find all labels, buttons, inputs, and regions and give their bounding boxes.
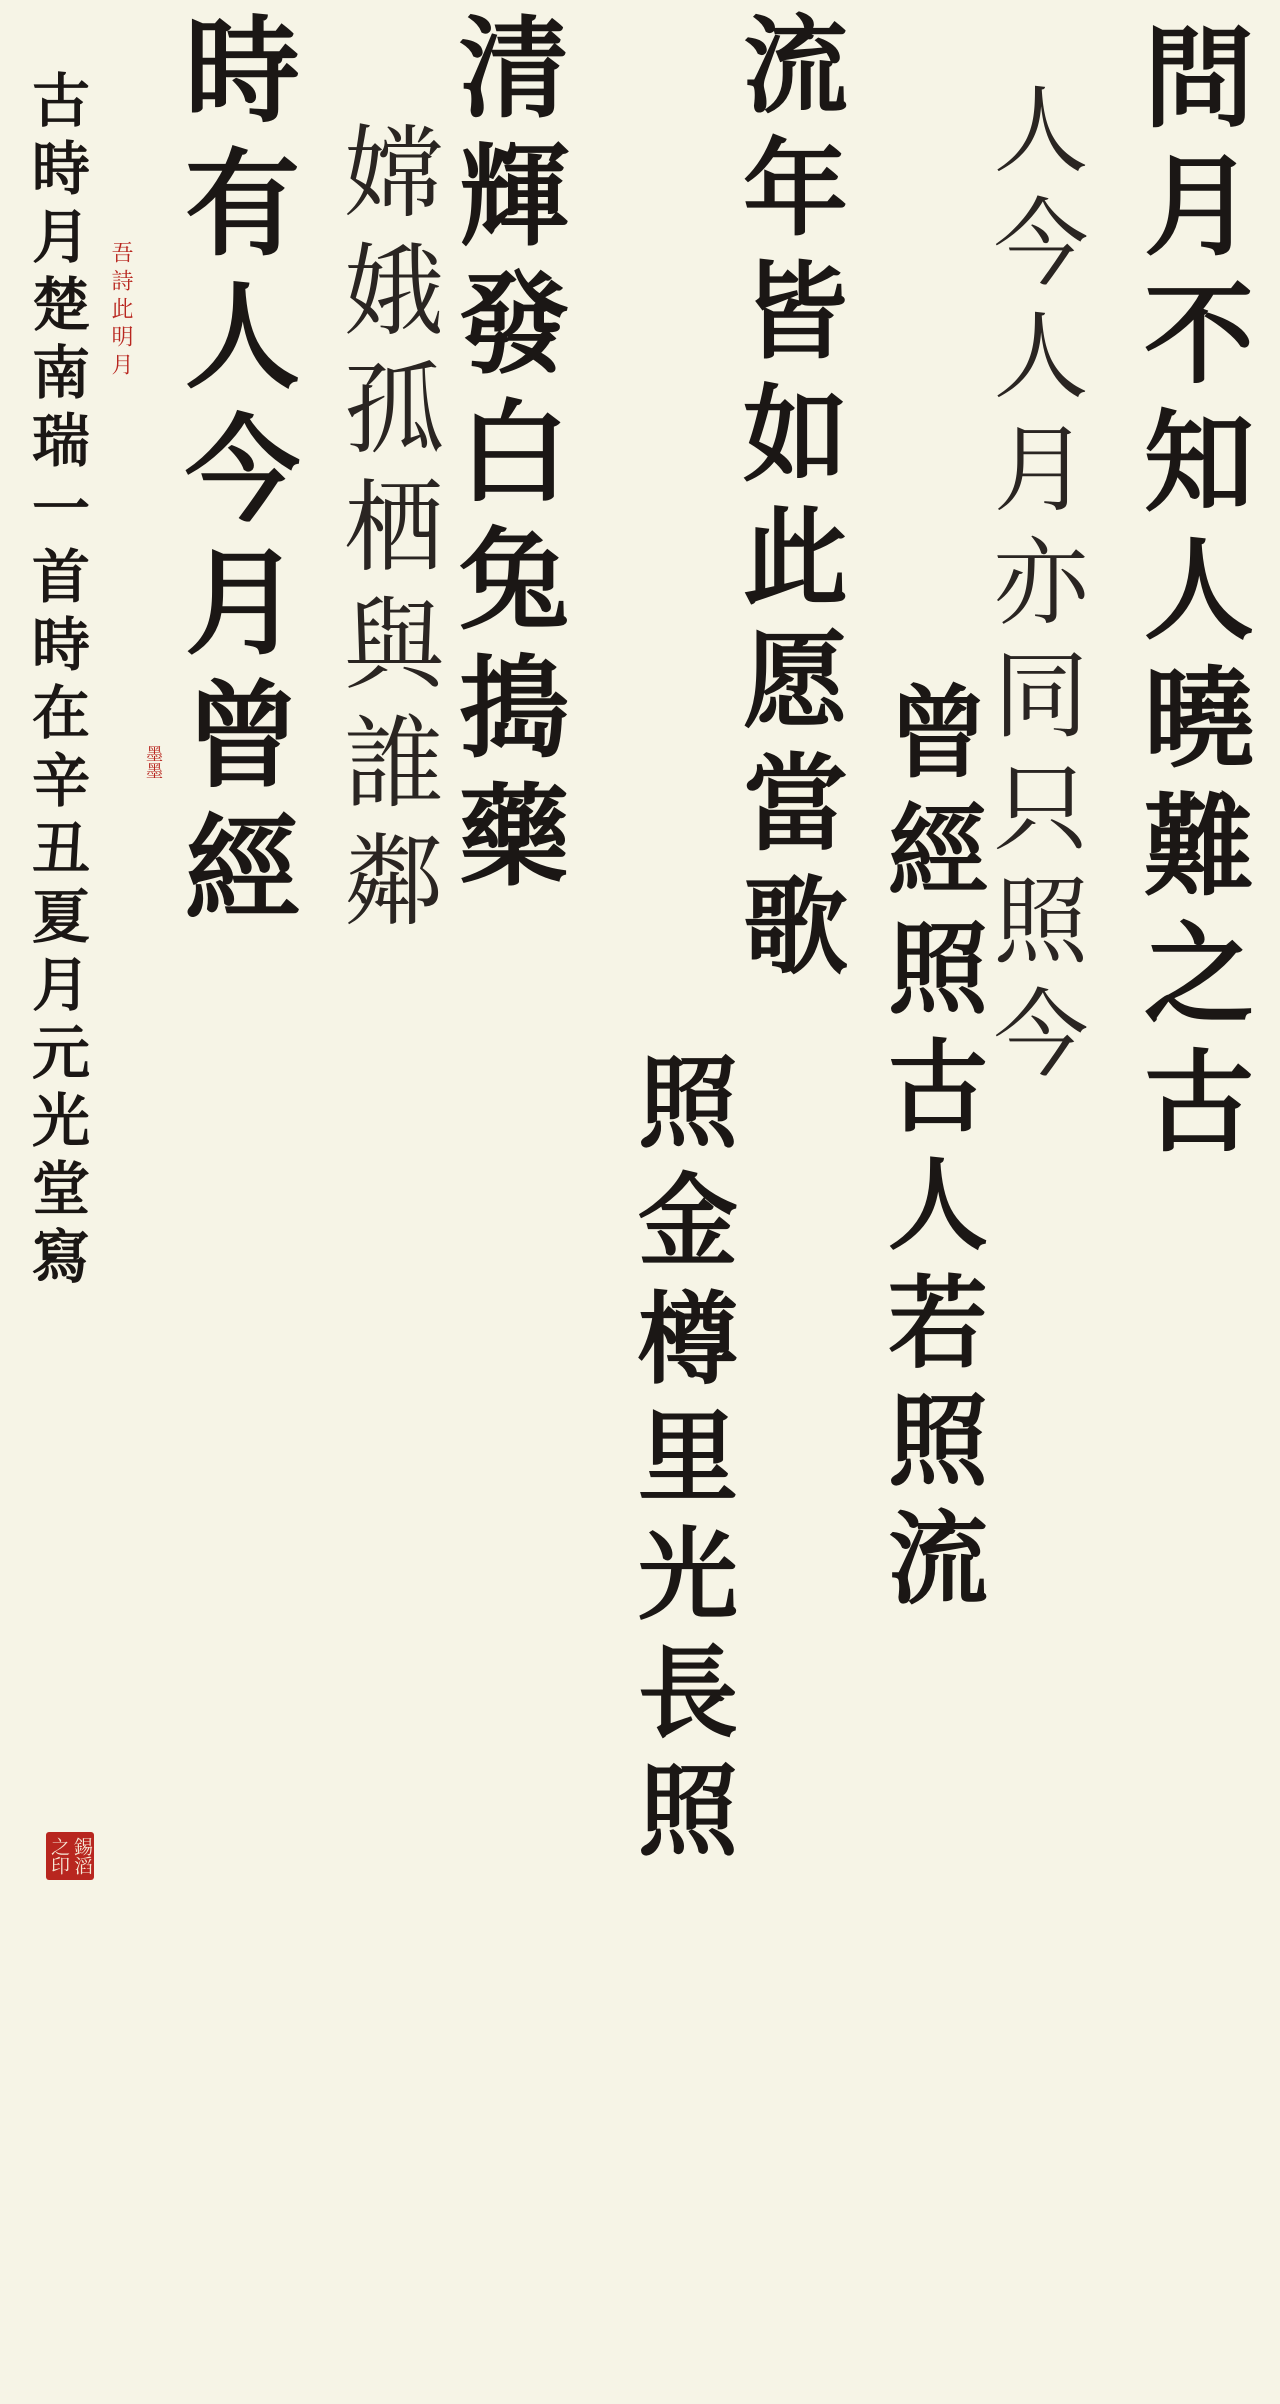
text-column-8: 時有人今月曾經 bbox=[175, 10, 290, 941]
vertical-seal-icon: 吾詩此明月 bbox=[108, 205, 132, 417]
text-column-7: 嫦娥孤栖與誰鄰 bbox=[335, 120, 435, 946]
text-column-4: 流年皆如此愿當歌 bbox=[735, 10, 840, 994]
small-seal-icon: 墨墨 bbox=[122, 745, 162, 787]
calligraphy-scroll: 問月不知人曉難之古 人今人月亦同只照今 曾經照古人若照流 流年皆如此愿當歌 照金… bbox=[0, 0, 1280, 2404]
inscription-column: 古時月楚南瑞一首時在辛丑夏月元光堂寫 bbox=[14, 70, 98, 1294]
text-column-5: 照金樽里光長照 bbox=[630, 1050, 730, 1876]
signature-seal-icon: 錫滔之印 bbox=[46, 1832, 94, 1880]
text-column-1: 問月不知人曉難之古 bbox=[1135, 20, 1245, 1172]
text-column-2: 人今人月亦同只照今 bbox=[985, 80, 1080, 1097]
text-column-6: 清輝發白兔搗藥 bbox=[450, 10, 560, 906]
text-column-3: 曾經照古人若照流 bbox=[880, 680, 980, 1624]
